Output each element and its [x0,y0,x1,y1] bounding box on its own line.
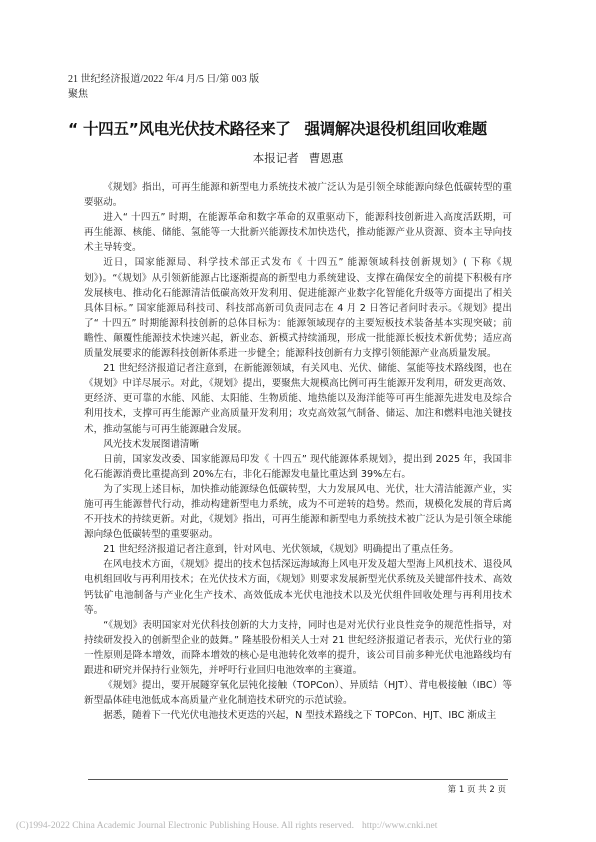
article-meta: 21 世纪经济报道/2022 年/4 月/5 日/第 003 版 聚焦 [68,72,259,102]
page-indicator: 第 1 页 共 2 页 [448,783,506,795]
paragraph: 进入“ 十四五” 时期，在能源革命和数字革命的双重驱动下，能源科技创新进入高度活… [84,210,512,255]
paragraph: 21 世纪经济报道记者注意到，在新能源领域，有关风电、光伏、储能、氢能等技术路线… [84,361,512,436]
copyright-notice: (C)1994-2022 China Academic Journal Elec… [16,821,437,831]
section-label: 聚焦 [68,87,259,102]
paragraph: 21 世纪经济报道记者注意到，针对风电、光伏领域，《规划》明确提出了重点任务。 [84,542,512,557]
title-part-1: “ 十四五”风电光伏技术路径来了 [68,120,290,138]
paragraph: 《规划》指出，可再生能源和新型电力系统技术被广泛认为是引领全球能源向绿色低碳转型… [84,180,512,210]
article-title: “ 十四五”风电光伏技术路径来了强调解决退役机组回收难题 [68,117,538,139]
paragraph: 为了实现上述目标，加快推动能源绿色低碳转型，大力发展风电、光伏，壮大清洁能源产业… [84,482,512,542]
byline-author: 曹恩惠 [309,151,344,165]
website-link[interactable]: http://www.cnki.net [362,821,437,831]
byline: 本报记者曹恩惠 [0,150,596,166]
source-line: 21 世纪经济报道/2022 年/4 月/5 日/第 003 版 [68,72,259,87]
paragraph: 据悉，随着下一代光伏电池技术更迭的兴起，N 型技术路线之下 TOPCon、HJT… [84,708,512,723]
paragraph: “《规划》表明国家对光伏科技创新的大力支持，同时也是对光伏行业良性竞争的规范性指… [84,618,512,678]
copyright-text: (C)1994-2022 China Academic Journal Elec… [16,821,354,831]
byline-label: 本报记者 [253,151,299,165]
paragraph: 在风电技术方面，《规划》提出的技术包括深远海域海上风电开发及超大型海上风机技术、… [84,557,512,617]
subheading: 风光技术发展图谱清晰 [84,437,512,452]
paragraph: 《规划》提出，要开展隧穿氧化层钝化接触（TOPCon）、异质结（HJT）、背电极… [84,678,512,708]
paragraph: 日前，国家发改委、国家能源局印发《 十四五” 现代能源体系规划》，提出到 202… [84,452,512,482]
footer-divider [88,779,508,780]
title-part-2: 强调解决退役机组回收难题 [304,120,486,138]
article-body: 《规划》指出，可再生能源和新型电力系统技术被广泛认为是引领全球能源向绿色低碳转型… [84,180,512,723]
paragraph: 近日，国家能源局、科学技术部正式发布《 十四五” 能源领域科技创新规划》( 下称… [84,255,512,361]
